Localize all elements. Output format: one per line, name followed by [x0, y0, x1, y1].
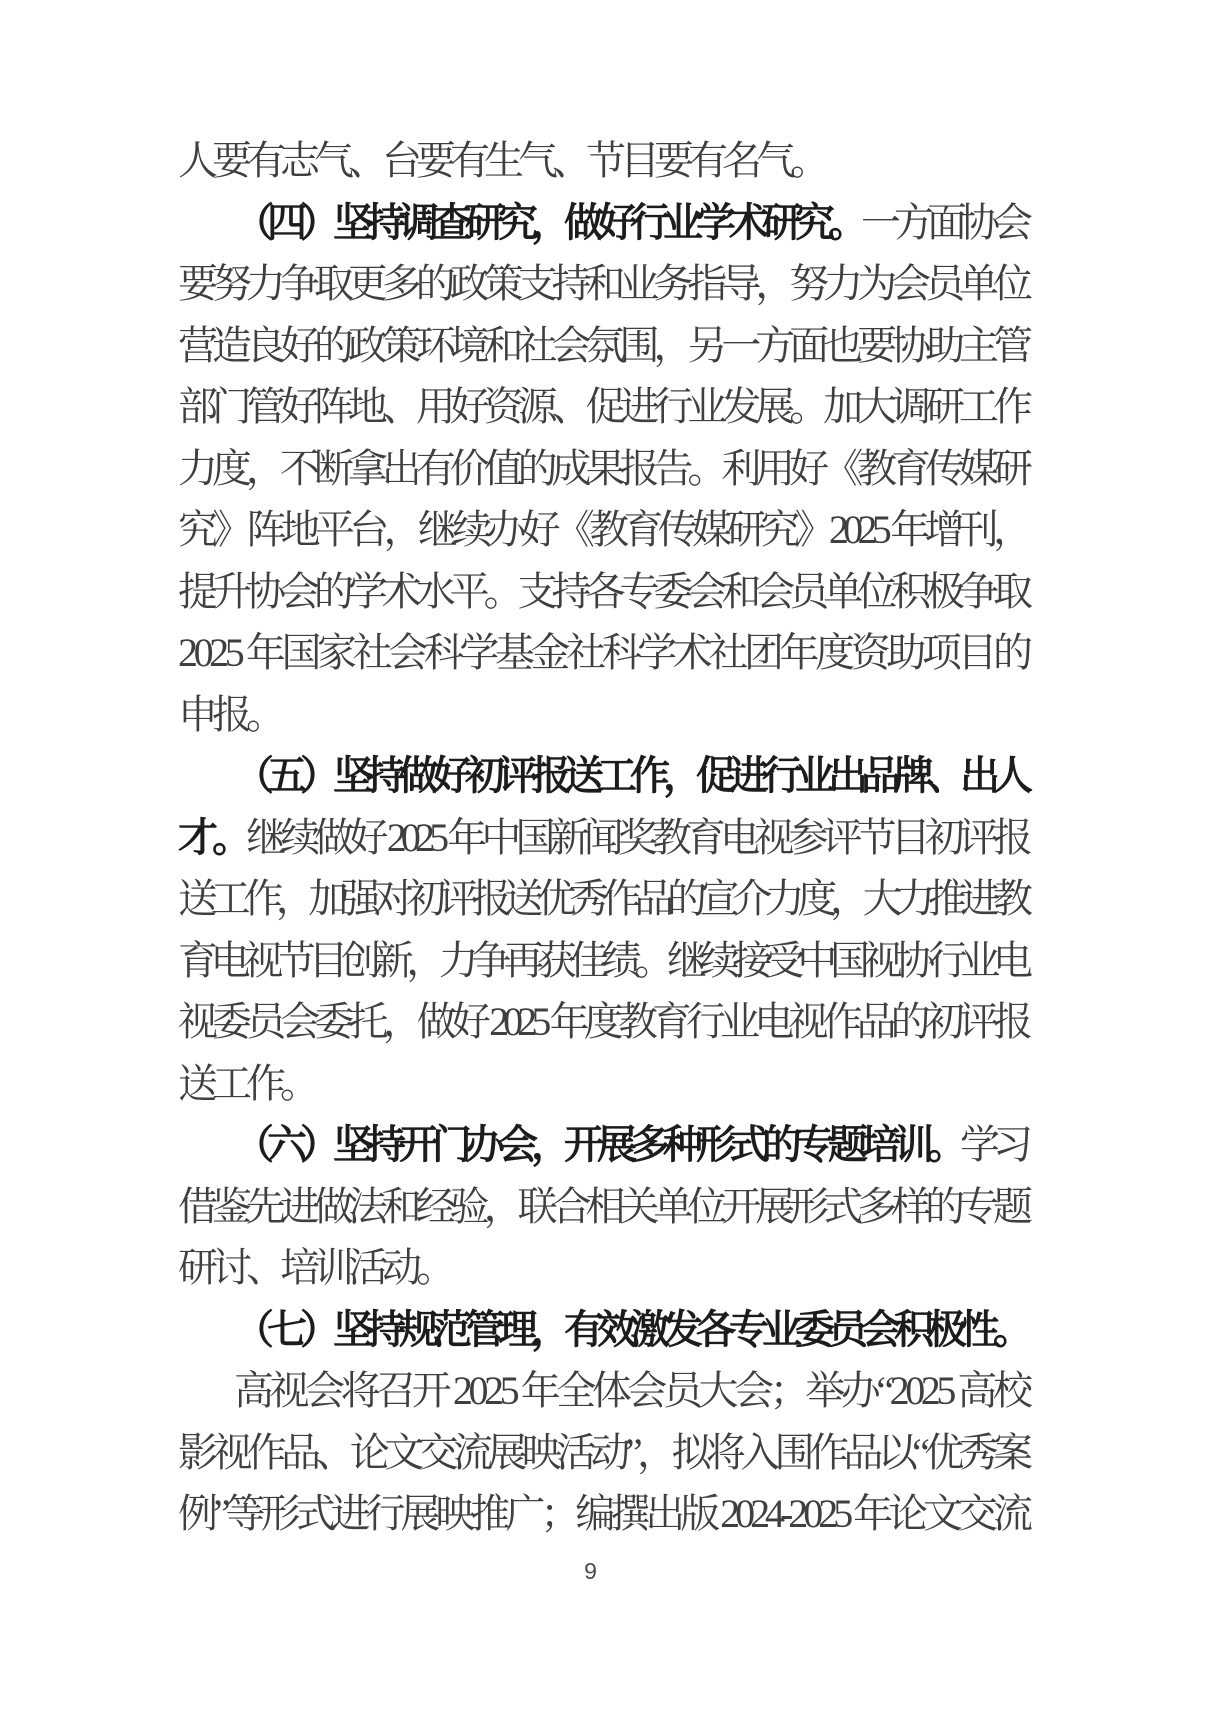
- heading-segment: 才。: [178, 815, 246, 860]
- text-line: （五）坚持做好初评报送工作，促进行业出品牌、出人: [178, 745, 1033, 807]
- text-line: （六）坚持开门办会，开展多种形式的专题培训。学习: [178, 1114, 1033, 1176]
- text-segment: 一方面协会: [861, 200, 1026, 245]
- text-line-content: 育电视节目创新，力争再获佳绩。继续接受中国视协行业电: [178, 938, 1026, 983]
- text-line-content: 研讨、培训活动。: [178, 1245, 450, 1290]
- text-line-content: 送工作。: [178, 1061, 314, 1106]
- text-line: 申报。: [178, 684, 1033, 746]
- heading-segment: （五）坚持做好初评报送工作，促进行业出品牌、出人: [234, 753, 1026, 798]
- text-segment: 人要有志气、台要有生气、节目要有名气。: [178, 138, 824, 183]
- text-line-content: 要努力争取更多的政策支持和业务指导，努力为会员单位: [178, 261, 1027, 306]
- text-line-content: 例”等形式进行展映推广；编撰出版 2024-2025 年论文交流: [178, 1491, 1028, 1536]
- heading-segment: （七）坚持规范管理，有效激发各专业委员会积极性。: [234, 1307, 1026, 1352]
- text-line: 部门管好阵地、用好资源、促进行业发展。加大调研工作: [178, 376, 1033, 438]
- text-segment: 学习: [960, 1122, 1026, 1167]
- text-line: 2025 年国家社会科学基金社科学术社团年度资助项目的: [178, 622, 1033, 684]
- text-line: 育电视节目创新，力争再获佳绩。继续接受中国视协行业电: [178, 930, 1033, 992]
- text-line: 营造良好的政策环境和社会氛围，另一方面也要协助主管: [178, 315, 1033, 377]
- text-line: 研讨、培训活动。: [178, 1237, 1033, 1299]
- text-segment: 送工作。: [178, 1061, 314, 1106]
- text-segment: 部门管好阵地、用好资源、促进行业发展。加大调研工作: [178, 384, 1027, 429]
- text-line-content: 营造良好的政策环境和社会氛围，另一方面也要协助主管: [178, 323, 1027, 368]
- heading-segment: （四）坚持调查研究，做好行业学术研究。: [234, 200, 861, 245]
- text-line-content: 借鉴先进做法和经验，联合相关单位开展形式多样的专题: [178, 1184, 1027, 1229]
- text-line: 高视会将召开 2025 年全体会员大会；举办“2025 高校: [178, 1360, 1033, 1422]
- text-line: （七）坚持规范管理，有效激发各专业委员会积极性。: [178, 1299, 1033, 1361]
- text-segment: 力度，不断拿出有价值的成果报告。利用好《教育传媒研: [178, 446, 1027, 491]
- text-line: 例”等形式进行展映推广；编撰出版 2024-2025 年论文交流: [178, 1483, 1033, 1545]
- heading-segment: （六）坚持开门办会，开展多种形式的专题培训。: [234, 1122, 960, 1167]
- text-line: 人要有志气、台要有生气、节目要有名气。: [178, 130, 1033, 192]
- text-segment: 研讨、培训活动。: [178, 1245, 450, 1290]
- text-line: 影视作品、论文交流展映活动”，拟将入围作品以“优秀案: [178, 1422, 1033, 1484]
- text-segment: 视委员会委托，做好 2025 年度教育行业电视作品的初评报: [178, 999, 1027, 1044]
- text-line-content: 人要有志气、台要有生气、节目要有名气。: [178, 138, 824, 183]
- text-line-content: （四）坚持调查研究，做好行业学术研究。一方面协会: [234, 200, 1026, 245]
- text-line-content: 才。继续做好 2025 年中国新闻奖教育电视参评节目初评报: [178, 815, 1027, 860]
- text-line: 要努力争取更多的政策支持和业务指导，努力为会员单位: [178, 253, 1033, 315]
- text-segment: 送工作，加强对初评报送优秀作品的宣介力度，大力推进教: [178, 876, 1026, 921]
- document-page: 人要有志气、台要有生气、节目要有名气。（四）坚持调查研究，做好行业学术研究。一方…: [0, 0, 1205, 1718]
- text-segment: 提升协会的学术水平。支持各专委会和会员单位积极争取: [178, 569, 1027, 614]
- text-line-content: 影视作品、论文交流展映活动”，拟将入围作品以“优秀案: [178, 1430, 1027, 1475]
- text-line-content: 送工作，加强对初评报送优秀作品的宣介力度，大力推进教: [178, 876, 1026, 921]
- text-line: 究》阵地平台，继续办好《教育传媒研究》2025 年增刊，: [178, 499, 1033, 561]
- text-segment: 影视作品、论文交流展映活动”，拟将入围作品以“优秀案: [178, 1430, 1027, 1475]
- text-segment: 2025 年国家社会科学基金社科学术社团年度资助项目的: [178, 630, 1029, 675]
- text-line-content: 究》阵地平台，继续办好《教育传媒研究》2025 年增刊，: [178, 507, 1027, 552]
- text-segment: 高视会将召开 2025 年全体会员大会；举办“2025 高校: [234, 1368, 1029, 1413]
- text-segment: 育电视节目创新，力争再获佳绩。继续接受中国视协行业电: [178, 938, 1026, 983]
- text-segment: 例”等形式进行展映推广；编撰出版 2024-2025 年论文交流: [178, 1491, 1028, 1536]
- text-line-content: 2025 年国家社会科学基金社科学术社团年度资助项目的: [178, 630, 1029, 675]
- text-line: 视委员会委托，做好 2025 年度教育行业电视作品的初评报: [178, 991, 1033, 1053]
- text-segment: 究》阵地平台，继续办好《教育传媒研究》2025 年增刊，: [178, 507, 1027, 552]
- text-line: 力度，不断拿出有价值的成果报告。利用好《教育传媒研: [178, 438, 1033, 500]
- text-segment: 营造良好的政策环境和社会氛围，另一方面也要协助主管: [178, 323, 1027, 368]
- text-line: 送工作。: [178, 1053, 1033, 1115]
- page-number: 9: [0, 1556, 1193, 1586]
- text-line-content: 申报。: [178, 692, 280, 737]
- text-segment: 继续做好 2025 年中国新闻奖教育电视参评节目初评报: [246, 815, 1027, 860]
- text-line-content: 提升协会的学术水平。支持各专委会和会员单位积极争取: [178, 569, 1027, 614]
- text-line: （四）坚持调查研究，做好行业学术研究。一方面协会: [178, 192, 1033, 254]
- text-line-content: 高视会将召开 2025 年全体会员大会；举办“2025 高校: [234, 1368, 1029, 1413]
- text-segment: 申报。: [178, 692, 280, 737]
- text-line-content: 力度，不断拿出有价值的成果报告。利用好《教育传媒研: [178, 446, 1027, 491]
- text-line: 借鉴先进做法和经验，联合相关单位开展形式多样的专题: [178, 1176, 1033, 1238]
- text-line-content: （五）坚持做好初评报送工作，促进行业出品牌、出人: [234, 753, 1026, 798]
- text-line-content: 部门管好阵地、用好资源、促进行业发展。加大调研工作: [178, 384, 1027, 429]
- text-line-content: （六）坚持开门办会，开展多种形式的专题培训。学习: [234, 1122, 1026, 1167]
- text-line: 才。继续做好 2025 年中国新闻奖教育电视参评节目初评报: [178, 807, 1033, 869]
- document-body: 人要有志气、台要有生气、节目要有名气。（四）坚持调查研究，做好行业学术研究。一方…: [178, 130, 1033, 1545]
- text-line-content: （七）坚持规范管理，有效激发各专业委员会积极性。: [234, 1307, 1026, 1352]
- text-line: 提升协会的学术水平。支持各专委会和会员单位积极争取: [178, 561, 1033, 623]
- text-segment: 要努力争取更多的政策支持和业务指导，努力为会员单位: [178, 261, 1027, 306]
- text-line-content: 视委员会委托，做好 2025 年度教育行业电视作品的初评报: [178, 999, 1027, 1044]
- text-line: 送工作，加强对初评报送优秀作品的宣介力度，大力推进教: [178, 868, 1033, 930]
- text-segment: 借鉴先进做法和经验，联合相关单位开展形式多样的专题: [178, 1184, 1027, 1229]
